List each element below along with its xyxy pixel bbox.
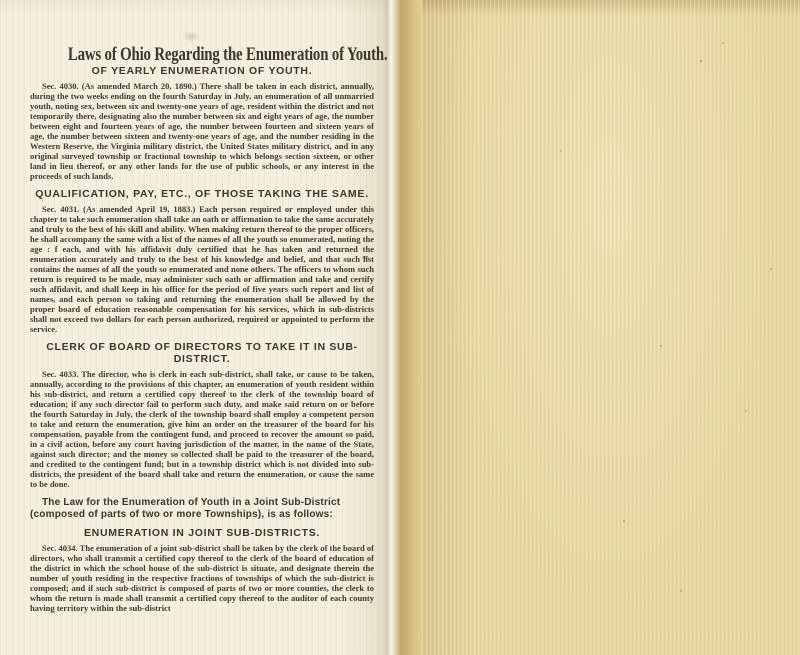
statute-paragraph-sec-4033: Sec. 4033. The director, who is clerk in… — [30, 369, 374, 489]
section-heading-qualification-pay: QUALIFICATION, PAY, ETC., OF THOSE TAKIN… — [30, 188, 374, 200]
left-page: Laws of Ohio Regarding the Enumeration o… — [0, 0, 392, 655]
statute-paragraph-sec-4031: Sec. 4031. (As amended April 19, 1883.) … — [30, 204, 374, 334]
statute-paragraph-sec-4034: Sec. 4034. The enumeration of a joint su… — [30, 543, 374, 613]
book-gutter-fold — [386, 0, 422, 655]
section-heading-yearly-enumeration: OF YEARLY ENUMERATION OF YOUTH. — [30, 65, 374, 77]
paper-specks — [700, 60, 702, 62]
statute-text-block: Laws of Ohio Regarding the Enumeration o… — [30, 50, 374, 615]
statute-paragraph-sec-4030: Sec. 4030. (As amended March 20, 1890.) … — [30, 81, 374, 181]
joint-sub-district-intro-note: The Law for the Enumeration of Youth in … — [30, 497, 374, 520]
page-title: Laws of Ohio Regarding the Enumeration o… — [68, 50, 336, 60]
paper-stain — [182, 31, 200, 42]
section-heading-joint-sub-districts: ENUMERATION IN JOINT SUB-DISTRICTS. — [30, 527, 374, 539]
book-spread: Laws of Ohio Regarding the Enumeration o… — [0, 0, 800, 655]
right-page-blank — [422, 0, 800, 655]
section-heading-clerk-of-board: CLERK OF BOARD OF DIRECTORS TO TAKE IT I… — [30, 341, 374, 365]
